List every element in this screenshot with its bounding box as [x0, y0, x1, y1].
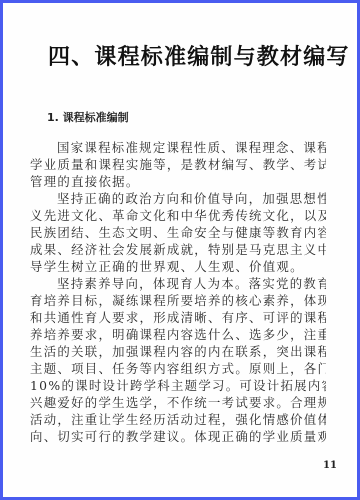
- text-line: 育培养目标，凝练课程所要培养的核心素养，体现课程独特育人价值: [30, 292, 326, 309]
- text-line: 义先进文化、革命文化和中华优秀传统文化，以及法治、国家安全、: [30, 207, 326, 224]
- text-line: 民族团结、生态文明、生命安全与健康等教育内容，反映科技进步新: [30, 224, 326, 241]
- page-number: 11: [323, 460, 337, 471]
- text-line: 学业质量和课程实施等，是教材编写、教学、考试评价以及课程实施: [30, 156, 326, 173]
- text-line: 和共通性育人要求，形成清晰、有序、可评的课程目标。基于核心素: [30, 309, 326, 326]
- text-line: 管理的直接依据。: [30, 173, 326, 190]
- text-line: 活动，注重让学生经历活动过程，强化情感价值体验，提出素养导: [30, 411, 326, 428]
- text-line: 兴趣爱好的学生选学，不作统一考试要求。合理规划和科学设计实践: [30, 394, 326, 411]
- subsection-title: 1. 课程标准编制: [47, 109, 129, 125]
- text-line: 生活的关联，加强课程内容的内在联系，突出课程内容结构化，探索: [30, 343, 326, 360]
- text-line: 养培养要求，明确课程内容选什么、选多少，注重与学生经验、社会: [30, 326, 326, 343]
- body-text: 国家课程标准规定课程性质、课程理念、课程目标、课程内容、学业质量和课程实施等，是…: [30, 139, 326, 445]
- text-line: 国家课程标准规定课程性质、课程理念、课程目标、课程内容、: [30, 139, 326, 156]
- text-line: 10%的课时设计跨学科主题学习。可设计拓展内容，供学有余力或有: [30, 377, 326, 394]
- text-line: 向、切实可行的教学建议。体现正确的学业质量观，明确核心素养发: [30, 428, 326, 445]
- text-line: 主题、项目、任务等内容组织方式。原则上，各门课程用不少于: [30, 360, 326, 377]
- text-line: 坚持素养导向，体现育人为本。落实党的教育方针，依据义务教: [30, 275, 326, 292]
- text-line: 导学生树立正确的世界观、人生观、价值观。: [30, 258, 326, 275]
- text-line: 坚持正确的政治方向和价值导向，加强思想性。有机融入社会主: [30, 190, 326, 207]
- text-line: 成果、经济社会发展新成就，特别是马克思主义中国化最新成果，引: [30, 241, 326, 258]
- section-title: 四、课程标准编制与教材编写: [48, 40, 350, 71]
